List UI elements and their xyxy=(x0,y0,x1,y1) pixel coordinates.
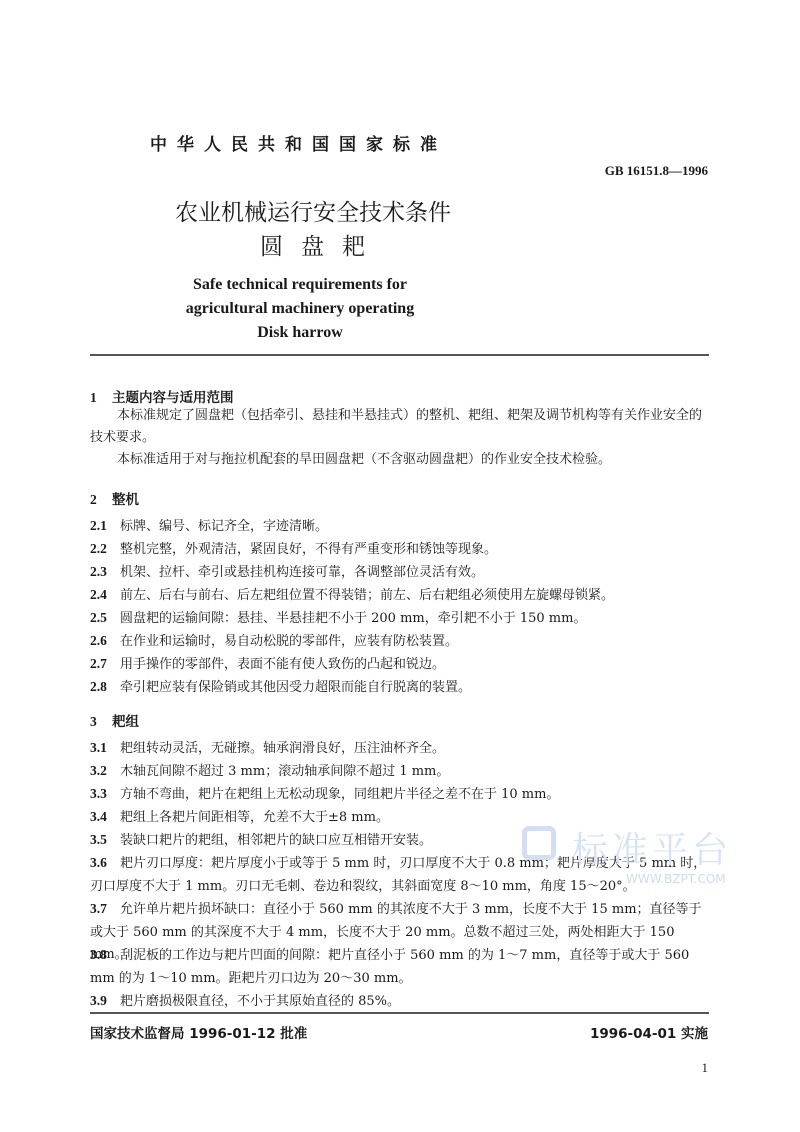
document-title-en: Safe technical requirements for agricult… xyxy=(150,273,450,345)
clause-number: 2.2 xyxy=(90,538,120,561)
clause-2-7: 2.7用手操作的零部件，表面不能有使人致伤的凸起和锐边。 xyxy=(90,653,710,677)
section-heading-1: 1主题内容与适用范围 xyxy=(90,386,234,406)
document-title-cn: 农业机械运行安全技术条件 xyxy=(175,194,451,227)
clause-number: 2.1 xyxy=(90,515,120,538)
clause-number: 2.6 xyxy=(90,630,120,653)
clause-number: 2.5 xyxy=(90,607,120,630)
header-divider xyxy=(90,354,709,356)
standard-number: GB 16151.8—1996 xyxy=(605,163,708,179)
clause-text: 圆盘耙的运输间隙：悬挂、半悬挂耙不小于 200 mm，牵引耙不小于 150 mm… xyxy=(120,611,586,626)
clause-3-8: 3.8刮泥板的工作边与耙片凹面的间隙：耙片直径小于 560 mm 的为 1～7 … xyxy=(90,944,710,990)
clause-3-2: 3.2木轴瓦间隙不超过 3 mm；滚动轴承间隙不超过 1 mm。 xyxy=(90,760,710,784)
section-title: 主题内容与适用范围 xyxy=(112,390,234,406)
clause-2-1: 2.1标牌、编号、标记齐全，字迹清晰。 xyxy=(90,515,710,539)
clause-number: 3.8 xyxy=(90,944,120,967)
clause-2-5: 2.5圆盘耙的运输间隙：悬挂、半悬挂耙不小于 200 mm，牵引耙不小于 150… xyxy=(90,607,710,631)
clause-3-1: 3.1耙组转动灵活，无碰擦。轴承润滑良好，压注油杯齐全。 xyxy=(90,737,710,761)
clause-2-4: 2.4前左、后右与前右、后左耙组位置不得装错；前左、后右耙组必须使用左旋螺母锁紧… xyxy=(90,584,710,608)
clause-3-6: 3.6耙片刃口厚度：耙片厚度小于或等于 5 mm 时，刃口厚度不大于 0.8 m… xyxy=(90,852,710,898)
section-number: 3 xyxy=(90,714,112,730)
clause-text: 方轴不弯曲，耙片在耙组上无松动现象，同组耙片半径之差不在于 10 mm。 xyxy=(120,787,559,802)
footer-divider xyxy=(90,1012,709,1014)
title-en-line: Safe technical requirements for xyxy=(150,273,450,297)
clause-text: 标牌、编号、标记齐全，字迹清晰。 xyxy=(120,519,328,534)
section-heading-2: 2整机 xyxy=(90,488,139,508)
title-en-line: agricultural machinery operating xyxy=(150,297,450,321)
clause-number: 2.7 xyxy=(90,653,120,676)
clause-text: 用手操作的零部件，表面不能有使人致伤的凸起和锐边。 xyxy=(120,657,445,672)
clause-number: 3.1 xyxy=(90,737,120,760)
clause-text: 刮泥板的工作边与耙片凹面的间隙：耙片直径小于 560 mm 的为 1～7 mm，… xyxy=(90,948,689,986)
clause-number: 3.9 xyxy=(90,990,120,1013)
clause-number: 2.3 xyxy=(90,561,120,584)
clause-number: 3.2 xyxy=(90,760,120,783)
document-subtitle-cn: 圆盘耙 xyxy=(260,228,383,261)
clause-text: 耙片刃口厚度：耙片厚度小于或等于 5 mm 时，刃口厚度不大于 0.8 mm；耙… xyxy=(90,856,706,894)
clause-text: 耙组上各耙片间距相等，允差不大于±8 mm。 xyxy=(120,810,389,825)
page-number: 1 xyxy=(702,1060,709,1076)
clause-text: 牵引耙应装有保险销或其他因受力超限而能自行脱离的装置。 xyxy=(120,680,471,695)
clause-2-6: 2.6在作业和运输时，易自动松脱的零部件，应装有防松装置。 xyxy=(90,630,710,654)
clause-text: 装缺口耙片的耙组，相邻耙片的缺口应互相错开安装。 xyxy=(120,833,432,848)
section-title: 耙组 xyxy=(112,714,139,730)
section-number: 1 xyxy=(90,390,112,406)
section-title: 整机 xyxy=(112,492,139,508)
clause-2-2: 2.2整机完整，外观清洁，紧固良好，不得有严重变形和锈蚀等现象。 xyxy=(90,538,710,562)
section-1-body: 本标准规定了圆盘耙（包括牵引、悬挂和半悬挂式）的整机、耙组、耙架及调节机构等有关… xyxy=(90,405,710,471)
implementation-date: 1996-04-01 实施 xyxy=(590,1022,708,1042)
clause-3-5: 3.5装缺口耙片的耙组，相邻耙片的缺口应互相错开安装。 xyxy=(90,829,710,853)
issuing-authority-header: 中华人民共和国国家标准 xyxy=(150,130,447,155)
clause-2-8: 2.8牵引耙应装有保险销或其他因受力超限而能自行脱离的装置。 xyxy=(90,676,710,700)
clause-text: 整机完整，外观清洁，紧固良好，不得有严重变形和锈蚀等现象。 xyxy=(120,542,497,557)
clause-3-9: 3.9耙片磨损极限直径，不小于其原始直径的 85%。 xyxy=(90,990,710,1014)
clause-3-3: 3.3方轴不弯曲，耙片在耙组上无松动现象，同组耙片半径之差不在于 10 mm。 xyxy=(90,783,710,807)
clause-number: 3.6 xyxy=(90,852,120,875)
clause-text: 木轴瓦间隙不超过 3 mm；滚动轴承间隙不超过 1 mm。 xyxy=(120,764,449,779)
clause-text: 耙片磨损极限直径，不小于其原始直径的 85%。 xyxy=(120,994,400,1009)
approval-info: 国家技术监督局 1996-01-12 批准 xyxy=(90,1022,307,1042)
clause-number: 3.4 xyxy=(90,806,120,829)
paragraph: 本标准适用于对与拖拉机配套的旱田圆盘耙（不含驱动圆盘耙）的作业安全技术检验。 xyxy=(90,449,710,471)
clause-text: 在作业和运输时，易自动松脱的零部件，应装有防松装置。 xyxy=(120,634,458,649)
clause-number: 2.4 xyxy=(90,584,120,607)
title-en-line: Disk harrow xyxy=(150,321,450,345)
clause-3-4: 3.4耙组上各耙片间距相等，允差不大于±8 mm。 xyxy=(90,806,710,830)
clause-text: 前左、后右与前右、后左耙组位置不得装错；前左、后右耙组必须使用左旋螺母锁紧。 xyxy=(120,588,614,603)
section-number: 2 xyxy=(90,492,112,508)
clause-number: 3.3 xyxy=(90,783,120,806)
clause-2-3: 2.3机架、拉杆、牵引或悬挂机构连接可靠，各调整部位灵活有效。 xyxy=(90,561,710,585)
clause-number: 3.7 xyxy=(90,898,120,921)
section-heading-3: 3耙组 xyxy=(90,710,139,730)
clause-text: 机架、拉杆、牵引或悬挂机构连接可靠，各调整部位灵活有效。 xyxy=(120,565,484,580)
clause-number: 3.5 xyxy=(90,829,120,852)
paragraph: 本标准规定了圆盘耙（包括牵引、悬挂和半悬挂式）的整机、耙组、耙架及调节机构等有关… xyxy=(90,405,710,449)
clause-number: 2.8 xyxy=(90,676,120,699)
clause-text: 耙组转动灵活，无碰擦。轴承润滑良好，压注油杯齐全。 xyxy=(120,741,445,756)
